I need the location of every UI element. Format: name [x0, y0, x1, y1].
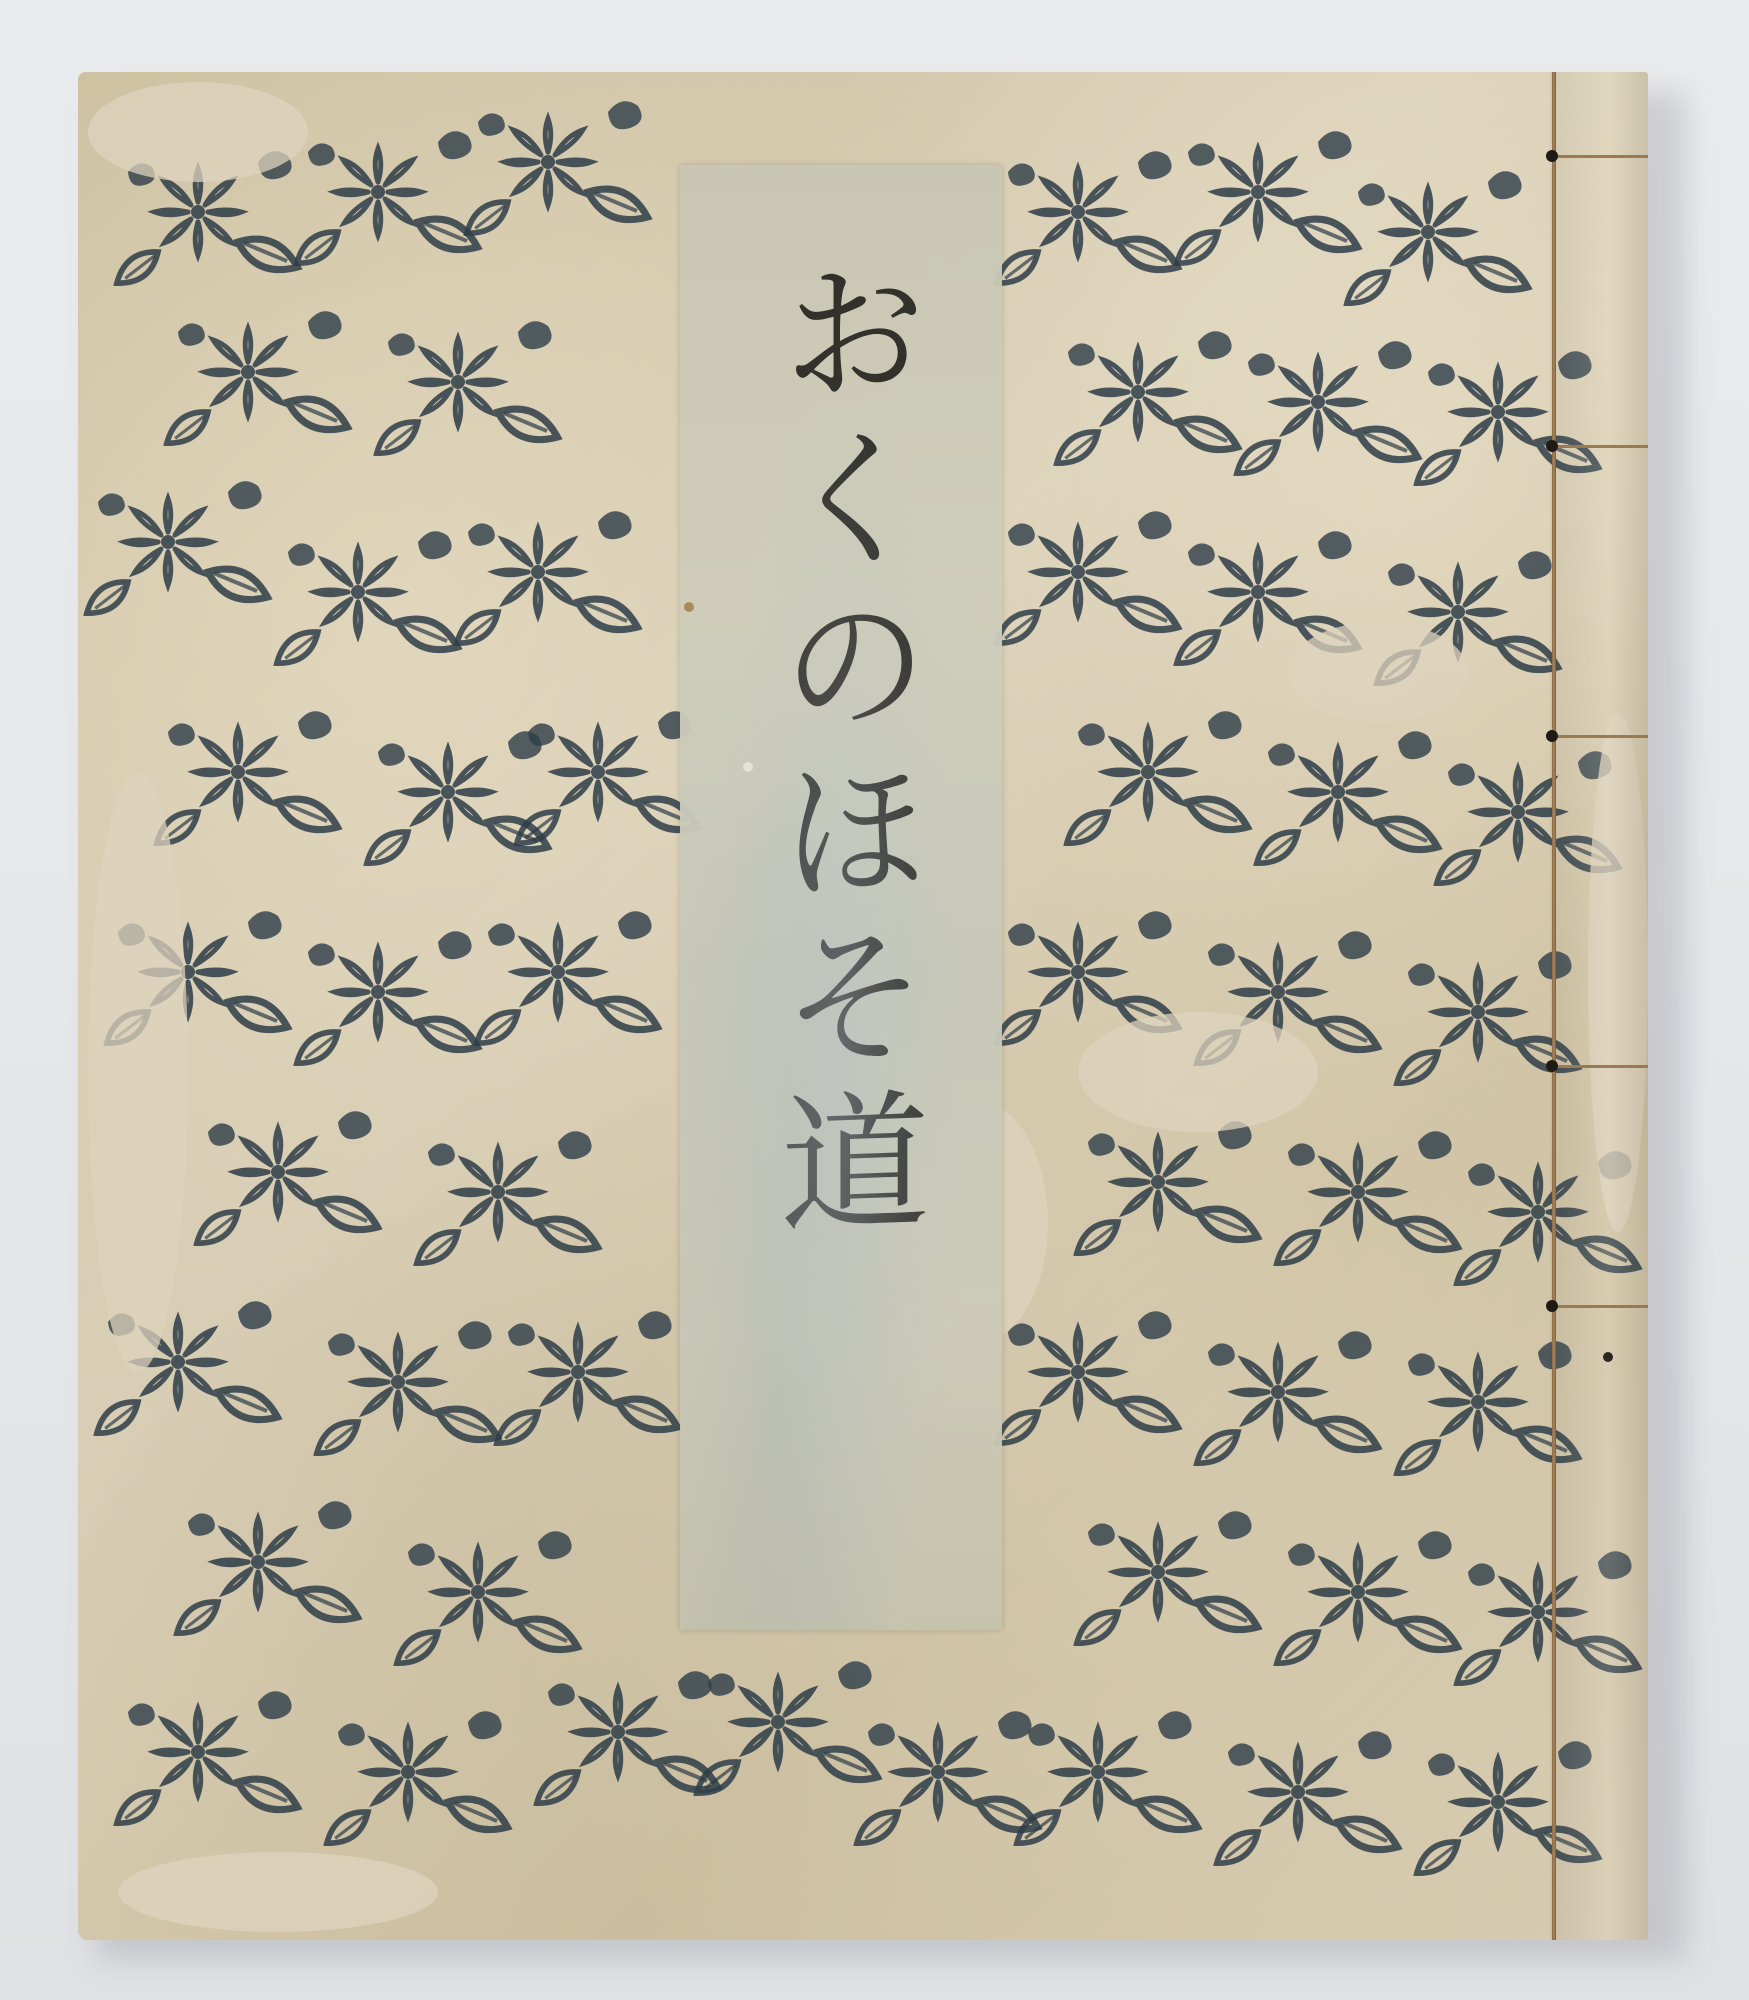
stain-spot [684, 602, 694, 612]
binding-edge [1550, 72, 1648, 1940]
stitch-hole [1546, 730, 1558, 742]
title-slip: おくのほそ道 [680, 165, 1002, 1630]
book-cover: おくのほそ道 [78, 72, 1648, 1940]
stitch-hole [1546, 150, 1558, 162]
title-calligraphy: おくのほそ道 [680, 249, 1002, 1256]
binding-stitch [1552, 1305, 1648, 1308]
binding-stitch [1552, 155, 1648, 158]
binding-stitch [1552, 445, 1648, 448]
stitch-hole [1546, 1060, 1558, 1072]
worm-hole [743, 762, 753, 772]
stitch-hole [1546, 1300, 1558, 1312]
worm-hole [1603, 1352, 1613, 1362]
binding-stitch [1552, 1065, 1648, 1068]
stitch-hole [1546, 440, 1558, 452]
binding-stitch [1552, 735, 1648, 738]
binding-thread [1552, 72, 1556, 1940]
